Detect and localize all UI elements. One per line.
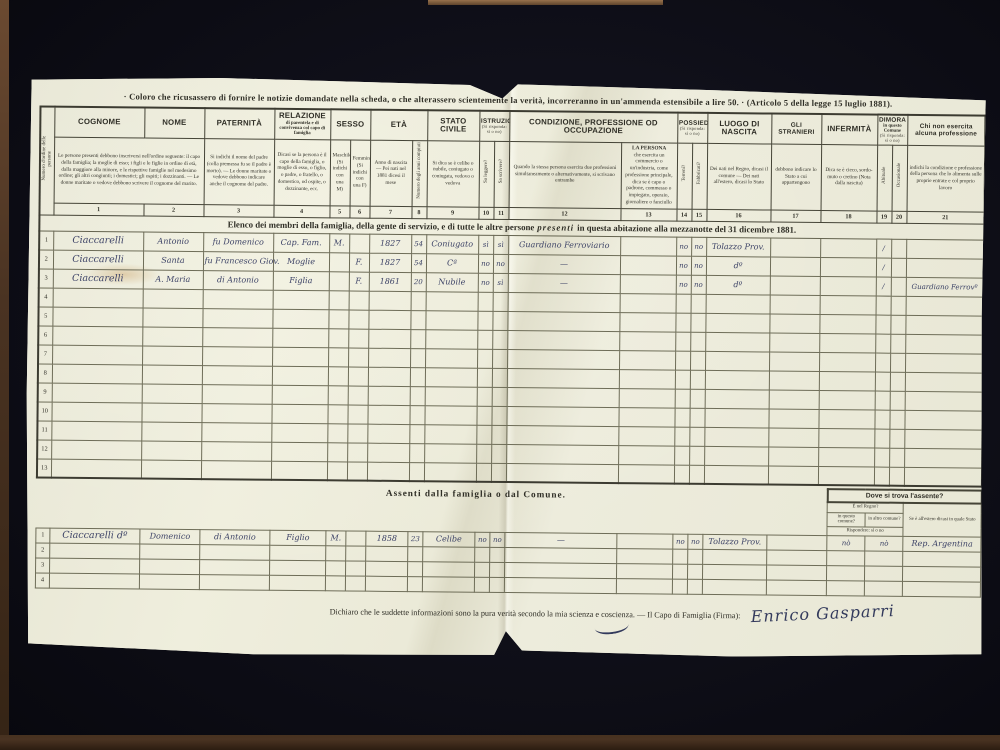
- desc-chi-non-esercita: indichi la condizione e professione dell…: [907, 145, 986, 212]
- column-dimora: DIMORAin questo Comune(Si risponda: sì o…: [877, 115, 907, 145]
- cell-relazione: Figlia: [273, 271, 329, 291]
- table-edge: [428, 0, 663, 5]
- cell-chi: Guardiano Ferrovº: [906, 277, 984, 297]
- column-possiede: POSSIEDE(Si risponda: sì o no): [677, 113, 707, 143]
- assenti-table: Assenti dalla famiglia o dal Comune. Dov…: [35, 481, 983, 598]
- cell-nome: Antonio: [143, 232, 203, 252]
- column-eta: ETÀ: [370, 110, 427, 141]
- column-stranieri: GLI STRANIERI: [771, 114, 821, 144]
- cell-condizione: —: [505, 532, 617, 548]
- desc-sesso-m: Maschile (Si indichi con una M): [330, 139, 351, 205]
- cell-relazione: Figlio: [270, 530, 326, 546]
- declaration-text: Dichiaro che le suddette informazioni so…: [330, 607, 741, 620]
- box-estero: Se è all'estero dicasi in quale Stato: [903, 503, 981, 537]
- census-table: Numero d'ordine delle persone COGNOME NO…: [36, 106, 987, 488]
- column-nome: NOME: [144, 108, 204, 139]
- cell-paternita: di Antonio: [200, 529, 270, 545]
- cell-luogo: dº: [706, 275, 770, 295]
- column-sesso: SESSO: [330, 109, 370, 139]
- column-paternita: PATERNITÀ: [204, 108, 274, 139]
- column-cognome: COGNOME: [54, 107, 144, 138]
- column-stato-civile: STATO CIVILE: [427, 110, 479, 140]
- desc-stranieri: debbono indicare lo Stato a cui apparten…: [771, 144, 822, 210]
- desc-eta-anno: Anno di nascita — Pei nati nel 1881 dice…: [370, 140, 413, 206]
- column-infermita: INFERMITÀ: [821, 114, 877, 145]
- cell-relazione: Moglie: [273, 252, 329, 272]
- desc-infermita: Dica se è cieco, sordo-muto o cretino (N…: [821, 144, 878, 211]
- cell-paternita: fu Francesco Giov.: [203, 251, 273, 271]
- cell-nome: A. Maria: [143, 270, 203, 290]
- desc-luogo-nascita: Dei nati nel Regno, dicasi il comune — D…: [707, 143, 772, 210]
- cell-condizione: —: [508, 254, 620, 274]
- box-regno: È nel Regno?: [827, 502, 903, 513]
- cell-paternita: fu Domenico: [203, 232, 273, 252]
- desc-terreni: Terreni?: [677, 143, 693, 209]
- desc-relazione: Dicasi se la persona è il capo della fam…: [274, 139, 331, 206]
- desc-condizione-2: LA PERSONAche esercita un commercio o un…: [621, 142, 678, 209]
- desc-condizione-1: Quando la stessa persona esercita due pr…: [509, 141, 622, 208]
- cell-luogo: dº: [706, 256, 770, 276]
- cell-cognome: Ciaccarelli dº: [50, 528, 140, 544]
- cell-cognome: Ciaccarelli: [53, 250, 143, 270]
- cell-luogo: Tolazzo Prov.: [703, 534, 767, 550]
- column-relazione: RELAZIONEdi parentela e di convivenza co…: [274, 109, 330, 140]
- cell-nome: Santa: [143, 251, 203, 271]
- cell-cognome: Ciaccarelli: [53, 269, 143, 289]
- desc-fabbricati: Fabbricati?: [692, 143, 708, 209]
- cell-condizione: —: [508, 273, 620, 293]
- desc-cognome-nome: Le persone presenti debbono inscriversi …: [54, 137, 205, 204]
- desc-dimora-occasionale: Occasionale: [892, 145, 908, 211]
- column-number-order: Numero d'ordine delle persone: [39, 107, 54, 215]
- wood-floor-bottom: [0, 735, 1000, 750]
- cell-cognome: Ciaccarelli: [53, 231, 143, 251]
- cell-nome: Domenico: [140, 529, 200, 545]
- box-questo-comune: in questo comune?: [827, 512, 865, 527]
- desc-dimora-abituale: Abituale: [877, 145, 893, 211]
- declaration: Dichiaro che le suddette informazioni so…: [330, 599, 972, 624]
- desc-paternita: Si indichi il nome del padre (colla prem…: [204, 138, 275, 205]
- column-condizione: CONDIZIONE, PROFESSIONE OD OCCUPAZIONE: [509, 111, 677, 143]
- column-chi-non-esercita: Chi non esercita alcuna professione: [907, 115, 985, 146]
- cell-luogo: Tolazzo Prov.: [706, 237, 770, 257]
- desc-eta-anni: Numero degli anni compiuti: [412, 140, 428, 206]
- cell-relazione: Cap. Fam.: [273, 233, 329, 253]
- box-altro-comune: in altro comune?: [865, 512, 903, 527]
- desc-stato-civile: Si dica se è celibe o nubile, coniugato …: [427, 140, 480, 207]
- desc-sesso-f: Femmine (Si indichi con una F): [350, 139, 371, 205]
- cell-paternita: di Antonio: [203, 270, 273, 290]
- cell-estero: Rep. Argentina: [903, 536, 981, 552]
- column-istruzione: ISTRUZIONE(Si risponda: sì o no): [479, 111, 509, 141]
- census-sheet: · Coloro che ricusassero di fornire le n…: [23, 74, 988, 663]
- column-luogo-nascita: LUOGO DI NASCITA: [707, 113, 771, 144]
- head-of-family-signature: Enrico Gasparri: [750, 601, 895, 626]
- wood-floor-left: [0, 0, 9, 750]
- desc-sa-leggere: Sa leggere?: [479, 141, 495, 207]
- desc-sa-scrivere: Sa scrivere?: [494, 141, 510, 207]
- cell-condizione: Guardiano Ferroviario: [508, 235, 620, 255]
- photo-background: · Coloro che ricusassero di fornire le n…: [0, 0, 1000, 750]
